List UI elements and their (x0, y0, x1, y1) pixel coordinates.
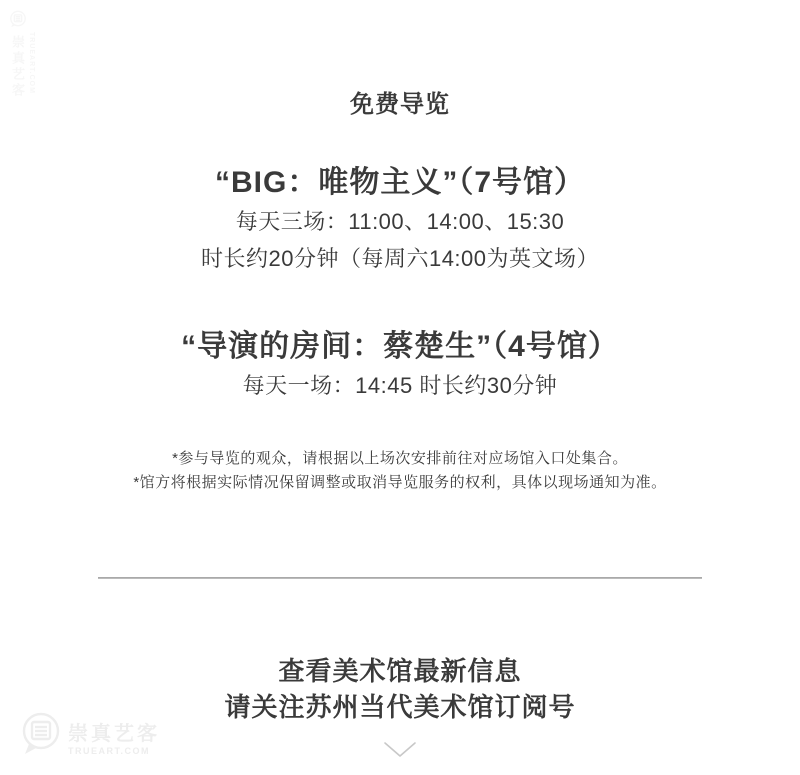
trueart-logo-icon (9, 10, 27, 33)
watermark-en: TRUEART.COM (68, 745, 160, 758)
trueart-logo-icon (20, 711, 62, 762)
section-1-schedule: 每天三场：11:00、14:00、15:30 (0, 205, 800, 236)
watermark-bottom-left: 崇真艺客 TRUEART.COM (20, 711, 160, 762)
page-title: 免费导览 (0, 84, 800, 119)
watermark-cn: 崇真艺客 (68, 723, 160, 745)
article-page: { "theme": { "text_color": "#3a3a3a", "d… (0, 0, 800, 775)
section-1-title: “BIG：唯物主义”（7号馆） (0, 157, 800, 201)
section-divider (98, 577, 702, 579)
footer-info-line: 查看美术馆最新信息 (0, 651, 800, 688)
section-1-duration: 时长约20分钟（每周六14:00为英文场） (0, 242, 800, 273)
section-2-title: “导演的房间：蔡楚生”（4号馆） (0, 321, 800, 365)
note-gathering: *参与导览的观众，请根据以上场次安排前往对应场馆入口处集合。 (0, 447, 800, 468)
note-disclaimer: *馆方将根据实际情况保留调整或取消导览服务的权利，具体以现场通知为准。 (0, 471, 800, 492)
section-2-schedule: 每天一场：14:45 时长约30分钟 (0, 369, 800, 400)
